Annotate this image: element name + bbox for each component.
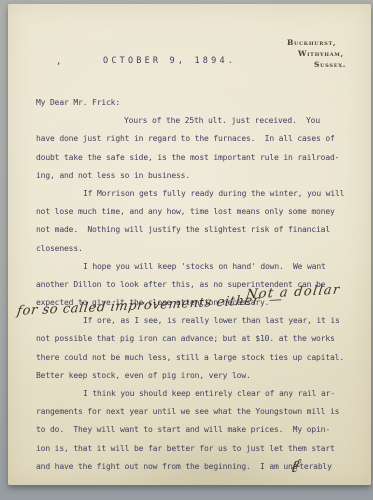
typed-line: ing, and not less so in business. — [36, 167, 358, 185]
typed-line: Yours of the 25th ult. just received. Yo… — [36, 112, 358, 130]
typed-line: not lose much time, and any how, time lo… — [36, 203, 358, 221]
typed-line: doubt take the safe side, is the most im… — [36, 149, 358, 167]
typed-final-before: and have the fight out now from the begi… — [36, 462, 297, 471]
typed-line: not possible that pig iron can advance; … — [36, 330, 358, 348]
typed-line: I think you should keep entirely clear o… — [36, 385, 358, 403]
typed-line: ion is, that it will be far better for u… — [36, 440, 358, 458]
letterhead-line: Withyham, — [287, 48, 346, 59]
typed-line: rangements for next year until we see wh… — [36, 403, 358, 421]
stray-typed-mark: , — [56, 57, 61, 67]
typed-line: have done just right in regard to the fu… — [36, 130, 358, 148]
typed-line: Better keep stock, even of pig iron, ver… — [36, 367, 358, 385]
typed-final-after: terably — [299, 462, 332, 471]
letterhead-line: Sussex. — [287, 59, 346, 70]
typed-line: not made. Nothing will justify the sligh… — [36, 221, 358, 239]
salutation: My Dear Mr. Frick: — [36, 94, 358, 112]
typed-line: there could not be much less, still a la… — [36, 349, 358, 367]
letterhead: Buckhurst, Withyham, Sussex. — [287, 37, 346, 70]
typed-line: I hope you will keep 'stocks on hand' do… — [36, 258, 358, 276]
letter-paper: Buckhurst, Withyham, Sussex. , OCTOBER 9… — [8, 4, 371, 485]
letterhead-line: Buckhurst, — [287, 37, 346, 48]
typed-line-final: and have the fight out now from the begi… — [36, 458, 358, 476]
typed-line: to do. They will want to start and will … — [36, 421, 358, 439]
typed-line: If Morrison gets fully ready during the … — [36, 185, 358, 203]
typed-line: closeness. — [36, 240, 358, 258]
date-line: OCTOBER 9, 1894. — [103, 56, 236, 66]
